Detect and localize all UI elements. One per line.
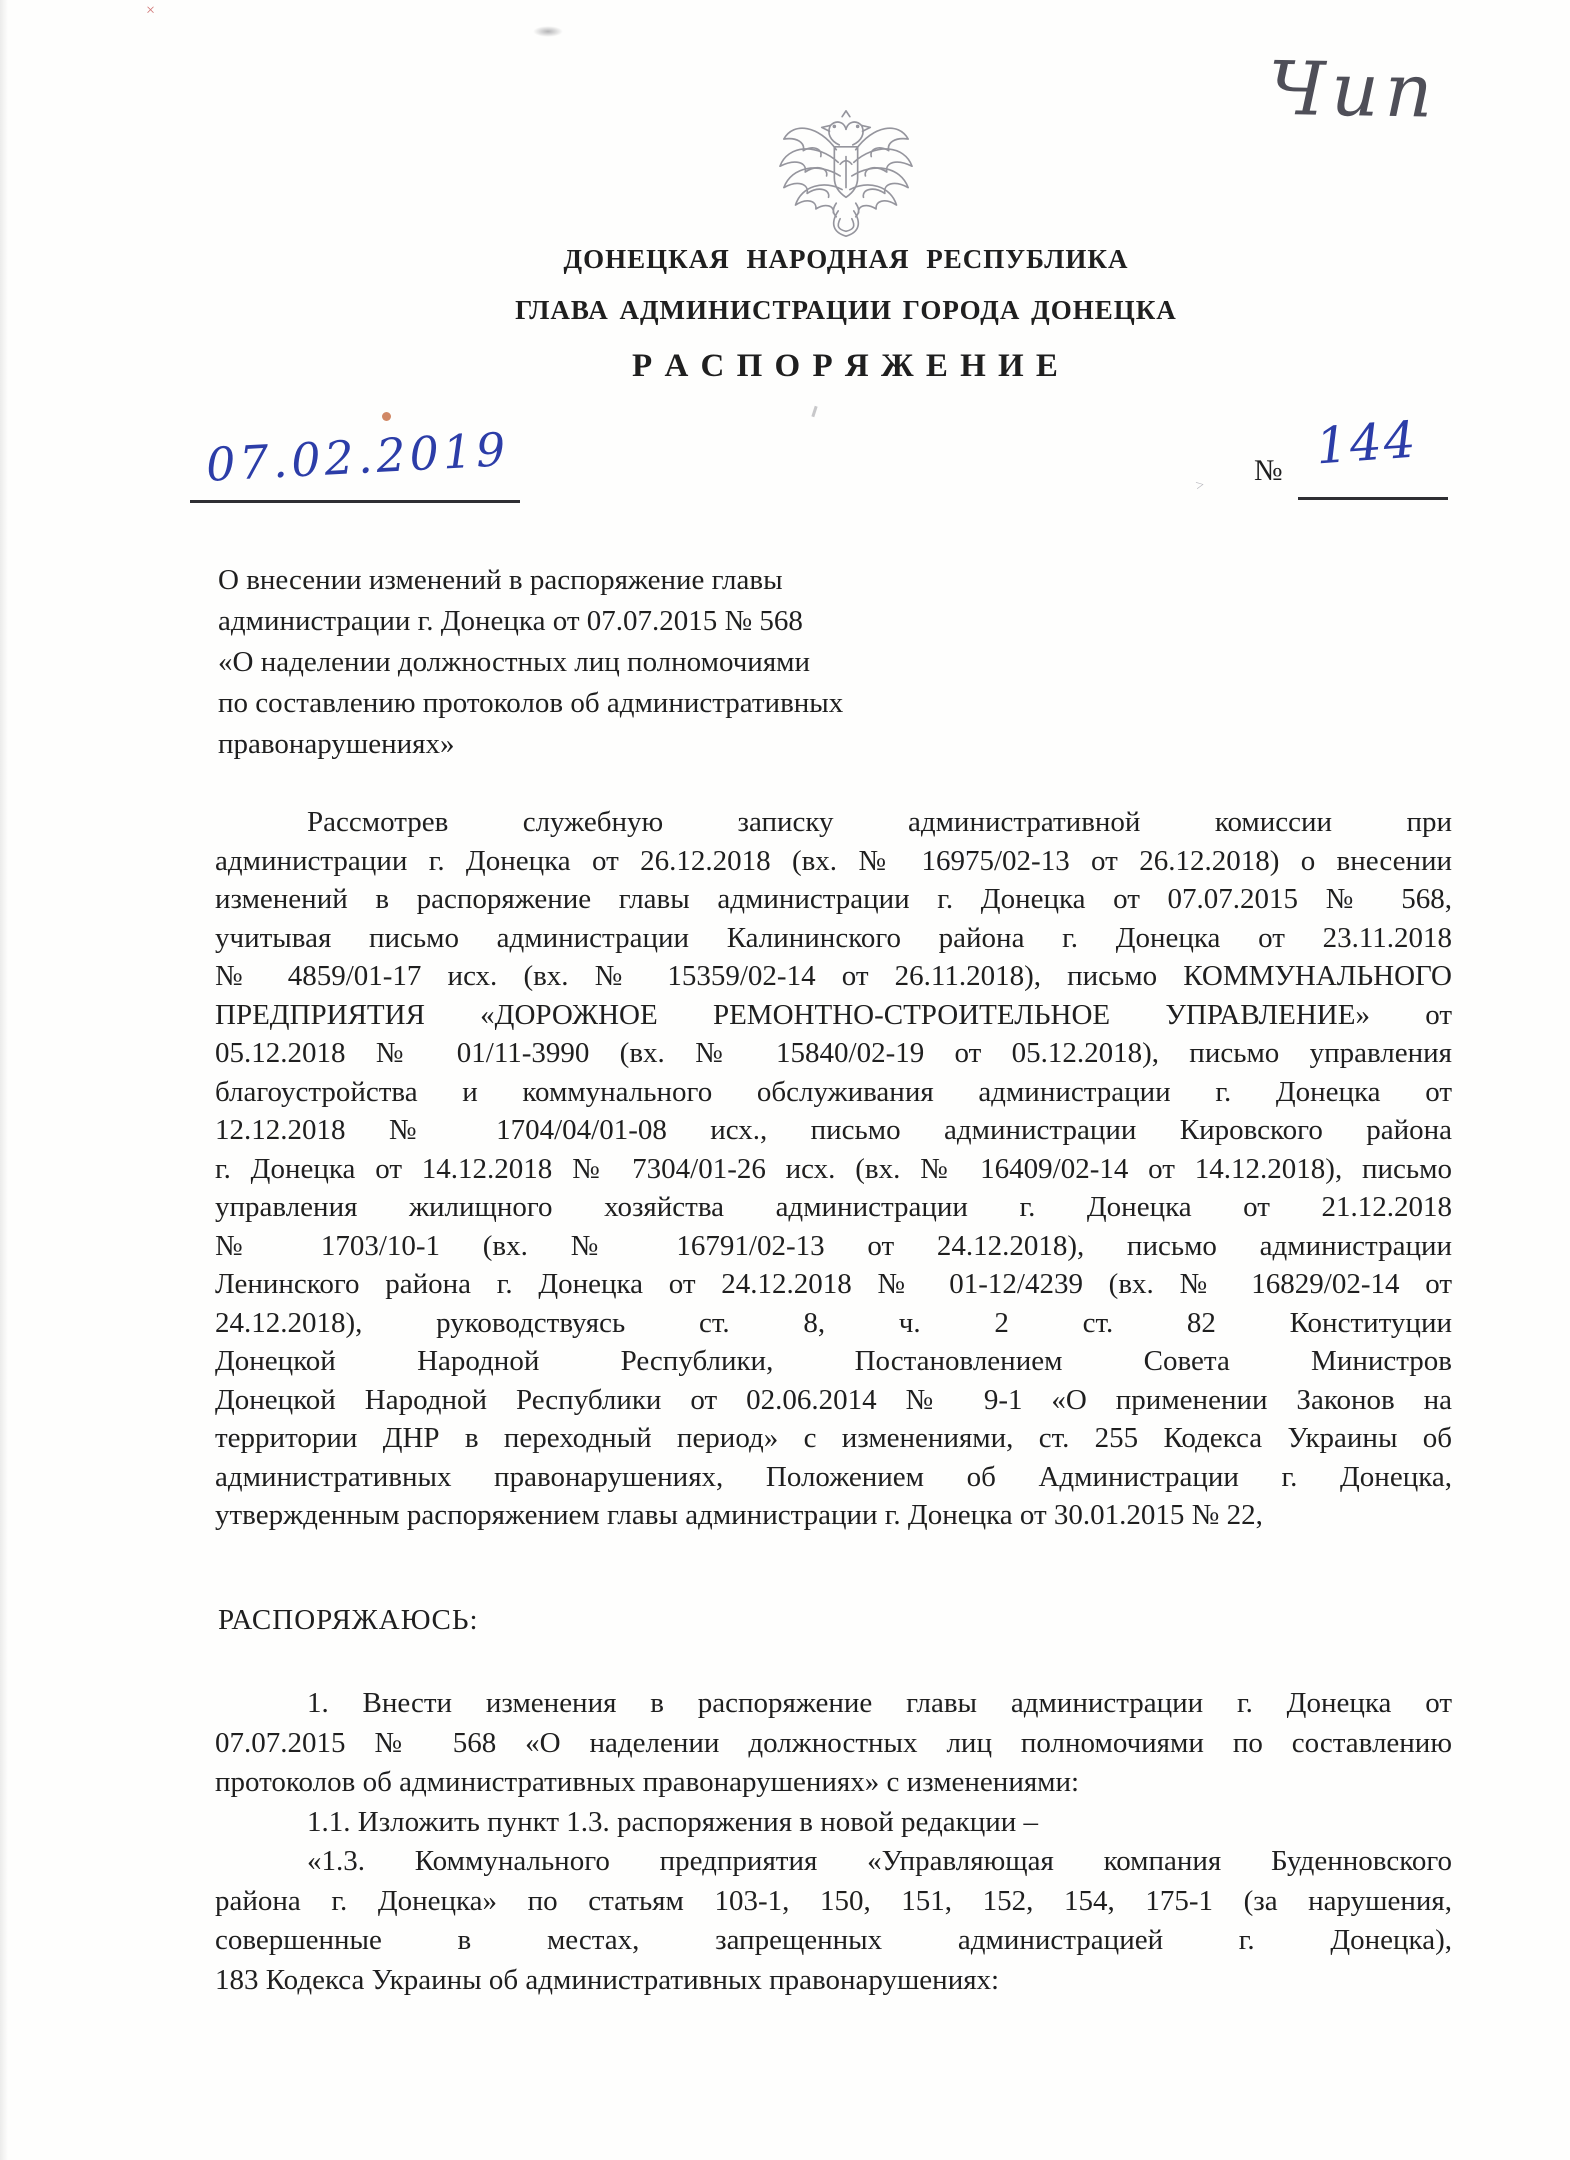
- preamble-line: административных правонарушениях, Положе…: [215, 1458, 1452, 1497]
- authority-name: ГЛАВА АДМИНИСТРАЦИИ ГОРОДА ДОНЕЦКА: [446, 295, 1246, 326]
- item-1-3-line: совершенные в местах, запрещенных админи…: [215, 1921, 1452, 1961]
- item-1-3-line: 183 Кодекса Украины об административных …: [215, 1961, 1452, 2001]
- preamble-line: Донецкой Народной Республики, Постановле…: [215, 1342, 1452, 1381]
- republic-name: ДОНЕЦКАЯ НАРОДНАЯ РЕСПУБЛИКА: [446, 244, 1246, 275]
- subject-line: по составлению протоколов об администрат…: [218, 683, 958, 724]
- item-1-line: 1. Внести изменения в распоряжение главы…: [215, 1684, 1452, 1724]
- preamble-line: ПРЕДПРИЯТИЯ «ДОРОЖНОЕ РЕМОНТНО-СТРОИТЕЛЬ…: [215, 996, 1452, 1035]
- preamble-line: территории ДНР в переходный период» с из…: [215, 1419, 1452, 1458]
- preamble-line: благоустройства и коммунального обслужив…: [215, 1073, 1452, 1112]
- subject-line: О внесении изменений в распоряжение глав…: [218, 560, 958, 601]
- preamble-line: учитывая письмо администрации Калининско…: [215, 919, 1452, 958]
- item-1-line: протоколов об административных правонару…: [215, 1763, 1452, 1803]
- document-type-title: Р А С П О Р Я Ж Е Н И Е: [446, 348, 1246, 385]
- preamble-paragraph: Рассмотрев служебную записку администрат…: [215, 803, 1452, 1535]
- preamble-line: управления жилищного хозяйства администр…: [215, 1188, 1452, 1227]
- item-1-1-line: 1.1. Изложить пункт 1.3. распоряжения в …: [215, 1803, 1452, 1843]
- scan-artifact-orange-dot: [382, 412, 391, 421]
- item-1-line: 07.07.2015 № 568 «О наделении должностны…: [215, 1724, 1452, 1764]
- subject-line: администрации г. Донецка от 07.07.2015 №…: [218, 601, 958, 642]
- scan-artifact-red-mark: ×: [146, 2, 155, 20]
- item-1-paragraph: 1. Внести изменения в распоряжение главы…: [215, 1684, 1452, 1803]
- items-block: 1. Внести изменения в распоряжение главы…: [215, 1684, 1452, 2000]
- preamble-line: 12.12.2018 № 1704/04/01-08 исх., письмо …: [215, 1111, 1452, 1150]
- preamble-line: 05.12.2018 № 01/11-3990 (вх. № 15840/02-…: [215, 1034, 1452, 1073]
- preamble-line: № 4859/01-17 исх. (вх. № 15359/02-14 от …: [215, 957, 1452, 996]
- subject-line: «О наделении должностных лиц полномочиям…: [218, 642, 958, 683]
- preamble-line: изменений в распоряжение главы администр…: [215, 880, 1452, 919]
- preamble-line: утвержденным распоряжением главы админис…: [215, 1496, 1452, 1535]
- preamble-line: Ленинского района г. Донецка от 24.12.20…: [215, 1265, 1452, 1304]
- item-1-3-line: «1.3. Коммунального предприятия «Управля…: [215, 1842, 1452, 1882]
- item-1-3-line: района г. Донецка» по статьям 103-1, 150…: [215, 1882, 1452, 1922]
- handwritten-corner-annotation: Чип: [1267, 46, 1528, 137]
- date-underline: [190, 500, 520, 503]
- scan-artifact-smudge: [533, 26, 563, 37]
- number-label: №: [1254, 454, 1283, 488]
- preamble-line: Рассмотрев служебную записку администрат…: [215, 803, 1452, 842]
- preamble-line: № 1703/10-1 (вх. № 16791/02-13 от 24.12.…: [215, 1227, 1452, 1266]
- handwritten-date: 07.02.2019: [205, 422, 511, 492]
- preamble-line: администрации г. Донецка от 26.12.2018 (…: [215, 842, 1452, 881]
- double-headed-eagle-icon: [768, 106, 924, 242]
- handwritten-number: 144: [1314, 411, 1419, 476]
- document-page: × > Чип: [0, 0, 1570, 2160]
- subject-block: О внесении изменений в распоряжение глав…: [218, 560, 958, 765]
- preamble-line: г. Донецка от 14.12.2018 № 7304/01-26 ис…: [215, 1150, 1452, 1189]
- subject-line: правонарушениях»: [218, 724, 958, 765]
- scan-artifact-gray-tick: [811, 406, 817, 417]
- resolution-heading: РАСПОРЯЖАЮСЬ:: [218, 1604, 479, 1637]
- number-underline: [1298, 497, 1448, 500]
- scan-artifact-gray-squiggle: >: [1195, 477, 1206, 495]
- item-1-3-paragraph: «1.3. Коммунального предприятия «Управля…: [215, 1842, 1452, 2000]
- preamble-line: 24.12.2018), руководствуясь ст. 8, ч. 2 …: [215, 1304, 1452, 1343]
- preamble-line: Донецкой Народной Республики от 02.06.20…: [215, 1381, 1452, 1420]
